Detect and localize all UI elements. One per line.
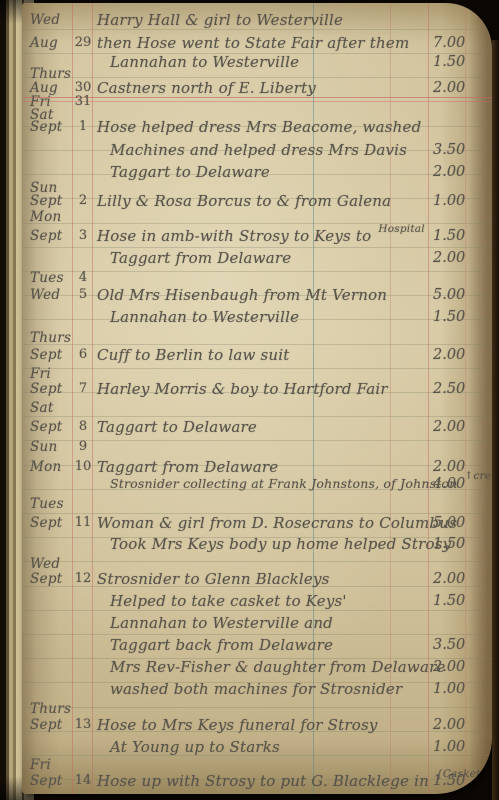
entry-day-label: Wed <box>30 283 74 307</box>
entry-amount: 2.00 <box>433 713 485 737</box>
entry-date: 3 <box>71 224 95 248</box>
entry-text: Old Mrs Hisenbaugh from Mt Vernon <box>97 283 387 307</box>
entry-date: 12 <box>71 567 95 591</box>
ledger-line: Lannahan to Westerville and <box>22 611 492 635</box>
entry-text: Taggart back from Delaware <box>110 633 333 657</box>
entry-day-label: Sept <box>30 567 74 591</box>
ledger-line: Machines and helped dress Mrs Davis3.50 <box>22 138 492 162</box>
ledger-line: Taggart back from Delaware3.50 <box>22 633 492 657</box>
ledger-line: Sept1Hose helped dress Mrs Beacome, wash… <box>22 115 492 139</box>
ledger-line: Helped to take casket to Keys'1.50 <box>22 589 492 613</box>
ledger-line: Sept14Hose up with Strosy to put G. Blac… <box>22 769 492 793</box>
ledger-line: Sept12Strosnider to Glenn Blackleys2.00 <box>22 567 492 591</box>
entry-amount: 5.00 <box>433 283 485 307</box>
book-cover-edge <box>492 40 499 800</box>
entry-text: Machines and helped dress Mrs Davis <box>110 138 407 162</box>
ledger-line: Sept3Hose in amb-with Strosy to Keys toH… <box>22 224 492 248</box>
entry-amount: 1.50 <box>433 224 485 248</box>
entry-text: Harry Hall & girl to Westerville <box>97 8 343 32</box>
scanned-ledger-photo: WedHarry Hall & girl to WestervilleAug29… <box>0 0 499 800</box>
entry-amount: 1.50 <box>433 769 485 793</box>
entry-date: 13 <box>71 713 95 737</box>
entry-text: Hose up with Strosy to put G. Blacklege … <box>97 769 481 794</box>
entry-text: Hose helped dress Mrs Beacome, washed <box>97 115 421 139</box>
entry-text: Strosnider to Glenn Blackleys <box>97 567 330 591</box>
entry-day-label: Sept <box>30 224 74 248</box>
entry-date: 1 <box>71 115 95 139</box>
ledger-line: Mrs Rev-Fisher & daughter from Delaware2… <box>22 655 492 679</box>
entry-day-label: Sept <box>30 115 74 139</box>
entry-amount: 3.50 <box>433 138 485 162</box>
entry-day-label: Sept <box>30 713 74 737</box>
entry-superscript-note: Hospital <box>378 217 424 241</box>
entry-text: Helped to take casket to Keys' <box>110 589 347 613</box>
entry-text: Mrs Rev-Fisher & daughter from Delaware <box>110 655 446 679</box>
entry-date: 5 <box>71 283 95 307</box>
ledger-line: Sept13Hose to Mrs Keys funeral for Stros… <box>22 713 492 737</box>
entry-date: 14 <box>71 769 95 793</box>
entry-amount: 3.50 <box>433 633 485 657</box>
ledger-page: WedHarry Hall & girl to WestervilleAug29… <box>22 3 492 794</box>
entry-text: Hose to Mrs Keys funeral for Strosy <box>97 713 378 737</box>
entry-text: Lannahan to Westerville and <box>110 611 333 635</box>
ledger-line: WedHarry Hall & girl to Westerville <box>22 8 492 32</box>
entry-amount: 2.00 <box>433 567 485 591</box>
ledger-line: Wed5Old Mrs Hisenbaugh from Mt Vernon5.0… <box>22 283 492 307</box>
entry-day-label: Wed <box>30 8 74 32</box>
entry-day-label: Sept <box>30 769 74 793</box>
entry-amount: 1.50 <box>433 589 485 613</box>
entry-amount: 2.00 <box>433 655 485 679</box>
